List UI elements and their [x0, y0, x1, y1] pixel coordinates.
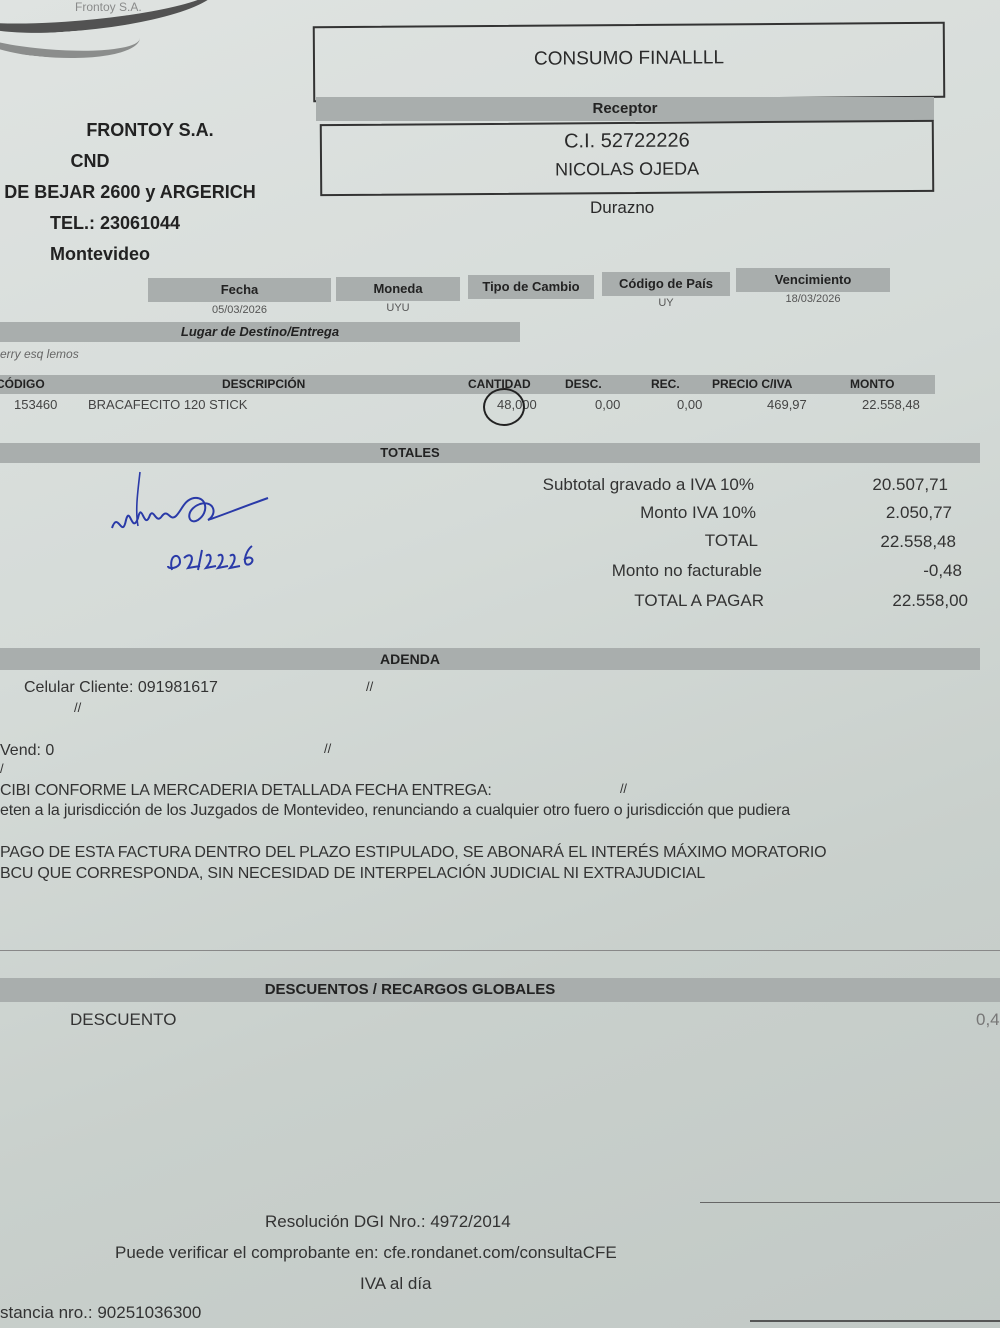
pago-text-2: BCU QUE CORRESPONDA, SIN NECESIDAD DE IN… — [0, 865, 705, 883]
descuento-label: DESCUENTO — [70, 1010, 176, 1030]
col-descripcion: DESCRIPCIÓN — [222, 377, 305, 391]
header-fecha: Fecha — [148, 278, 331, 302]
codigo-pais-value: UY — [602, 297, 730, 309]
receptor-nombre: NICOLAS OJEDA — [322, 157, 932, 182]
item-descripcion: BRACAFECITO 120 STICK — [88, 397, 247, 412]
col-precio: PRECIO C/IVA — [712, 377, 792, 391]
lugar-entrega-header: Lugar de Destino/Entrega — [0, 322, 520, 342]
receptor-ciudad: Durazno — [590, 198, 654, 218]
receptor-header: Receptor — [316, 97, 934, 121]
divider — [0, 950, 1000, 951]
total-pagar-value: 22.558,00 — [838, 591, 968, 611]
item-rec: 0,00 — [677, 397, 702, 412]
divider — [700, 1202, 1000, 1203]
resolucion-dgi: Resolución DGI Nro.: 4972/2014 — [265, 1212, 511, 1232]
no-facturable-label: Monto no facturable — [442, 561, 762, 581]
descuentos-label: DESCUENTOS / RECARGOS GLOBALES — [265, 981, 556, 998]
emisor-ciudad: Montevideo — [0, 239, 290, 270]
emisor-razon-social: FRONTOY S.A. — [0, 115, 290, 146]
no-facturable-value: -0,48 — [832, 561, 962, 581]
recibi-conforme: CIBI CONFORME LA MERCADERIA DETALLADA FE… — [0, 782, 492, 800]
iva-value: 2.050,77 — [822, 503, 952, 523]
tipo-cliente: CONSUMO FINALLLL — [315, 46, 943, 72]
separator: / — [0, 761, 4, 776]
header-tipo-cambio: Tipo de Cambio — [468, 275, 594, 299]
lugar-entrega-value: erry esq lemos — [0, 347, 79, 361]
item-desc: 0,00 — [595, 397, 620, 412]
subtotal-value: 20.507,71 — [818, 475, 948, 495]
jurisdiccion-text: eten a la jurisdicción de los Juzgados d… — [0, 802, 790, 820]
handwritten-circle — [483, 388, 525, 426]
moneda-value: UYU — [336, 302, 460, 314]
emisor-block: FRONTOY S.A. CND DE BEJAR 2600 y ARGERIC… — [0, 115, 290, 270]
subtotal-label: Subtotal gravado a IVA 10% — [434, 475, 754, 495]
header-vencimiento: Vencimiento — [736, 268, 890, 292]
separator: // — [74, 700, 81, 715]
receptor-box: C.I. 52722226 NICOLAS OJEDA — [320, 120, 934, 196]
item-monto: 22.558,48 — [862, 397, 920, 412]
item-precio: 469,97 — [767, 397, 807, 412]
celular-cliente: Celular Cliente: 091981617 — [24, 679, 218, 697]
items-header: CÓDIGO DESCRIPCIÓN CANTIDAD DESC. REC. P… — [0, 375, 935, 394]
emisor-sucursal: CND — [0, 146, 290, 177]
emisor-direccion: DE BEJAR 2600 y ARGERICH — [0, 177, 290, 208]
header-codigo-pais: Código de País — [602, 272, 730, 296]
totales-header: TOTALES — [0, 443, 980, 463]
tipo-cliente-box: CONSUMO FINALLLL — [313, 22, 946, 102]
adenda-header: ADENDA — [0, 648, 980, 670]
totales-label: TOTALES — [380, 445, 439, 460]
separator: // — [620, 781, 627, 796]
verificar-comprobante: Puede verificar el comprobante en: cfe.r… — [115, 1243, 617, 1263]
pago-text-1: PAGO DE ESTA FACTURA DENTRO DEL PLAZO ES… — [0, 844, 826, 862]
header-moneda: Moneda — [336, 277, 460, 301]
receptor-documento: C.I. 52722226 — [322, 128, 932, 155]
separator: // — [366, 679, 373, 694]
signature — [110, 470, 300, 580]
adenda-label: ADENDA — [380, 651, 440, 667]
constancia-nro: stancia nro.: 90251036300 — [0, 1303, 201, 1323]
iva-al-dia: IVA al día — [360, 1274, 432, 1294]
total-pagar-label: TOTAL A PAGAR — [444, 591, 764, 611]
descuento-value: 0,4 — [976, 1010, 1000, 1030]
fecha-value: 05/03/2026 — [148, 304, 331, 316]
total-value: 22.558,48 — [826, 532, 956, 552]
divider — [750, 1320, 1000, 1322]
iva-label: Monto IVA 10% — [436, 503, 756, 523]
col-desc: DESC. — [565, 377, 602, 391]
vendedor: Vend: 0 — [0, 742, 54, 760]
logo-text: Frontoy S.A. — [75, 0, 142, 14]
col-rec: REC. — [651, 377, 680, 391]
emisor-telefono: TEL.: 23061044 — [0, 208, 290, 239]
item-codigo: 153460 — [14, 397, 57, 412]
vencimiento-value: 18/03/2026 — [736, 293, 890, 305]
descuentos-header: DESCUENTOS / RECARGOS GLOBALES — [0, 978, 1000, 1002]
col-codigo: CÓDIGO — [0, 377, 45, 391]
total-label: TOTAL — [438, 531, 758, 551]
col-monto: MONTO — [850, 377, 894, 391]
separator: // — [324, 741, 331, 756]
